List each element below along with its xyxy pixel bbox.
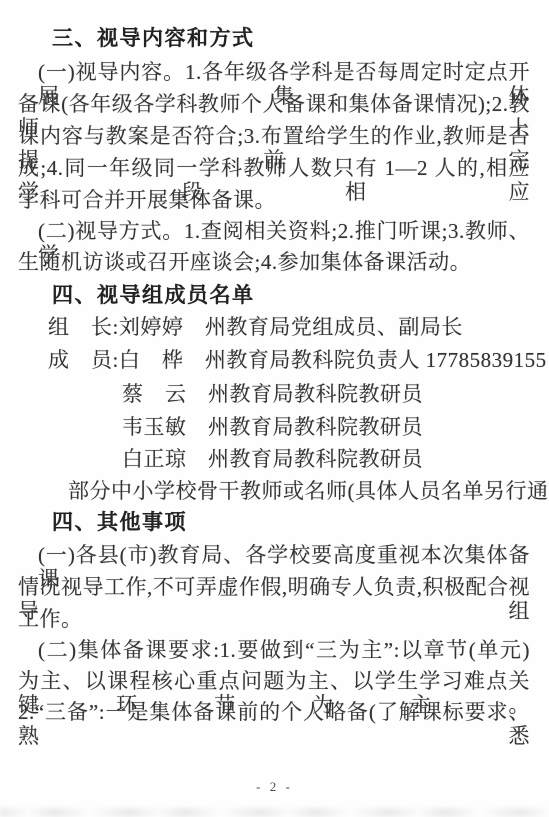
section-heading: 四、其他事项 <box>52 511 187 535</box>
text-line: 情况视导工作,不可弄虚作假,明确专人负责,积极配合视导组 <box>18 575 530 623</box>
section-heading: 三、视导内容和方式 <box>52 27 255 51</box>
text-line: 2.“三备”:一是集体备课前的个人略备(了解课标要求、熟悉 <box>18 700 530 748</box>
text-line: 生随机访谈或召开座谈会;4.参加集体备课活动。 <box>18 250 471 274</box>
member-row: 白正琼 州教育局教科院教研员 <box>122 447 423 471</box>
member-row: 成 员:白 桦 州教育局教科院负责人 17785839155 <box>48 348 547 372</box>
member-row: 组 长:刘婷婷 州教育局党组成员、副局长 <box>48 315 463 339</box>
member-row: 部分中小学校骨干教师或名师(具体人员名单另行通知) <box>68 479 549 503</box>
text-line: 工作。 <box>18 607 83 631</box>
document-page: 三、视导内容和方式 (一)视导内容。1.各年级各学科是否每周定时定点开展集体 备… <box>0 0 549 817</box>
scan-artifact-smudge <box>0 808 549 817</box>
section-heading: 四、视导组成员名单 <box>52 284 255 308</box>
member-row: 韦玉敏 州教育局教科院教研员 <box>122 415 423 439</box>
page-number: - 2 - <box>0 779 549 795</box>
member-row: 蔡 云 州教育局教科院教研员 <box>122 382 423 406</box>
text-line: (二)集体备课要求:1.要做到“三为主”:以章节(单元) <box>38 638 530 662</box>
text-line: 学科可合并开展集体备课。 <box>18 188 276 212</box>
